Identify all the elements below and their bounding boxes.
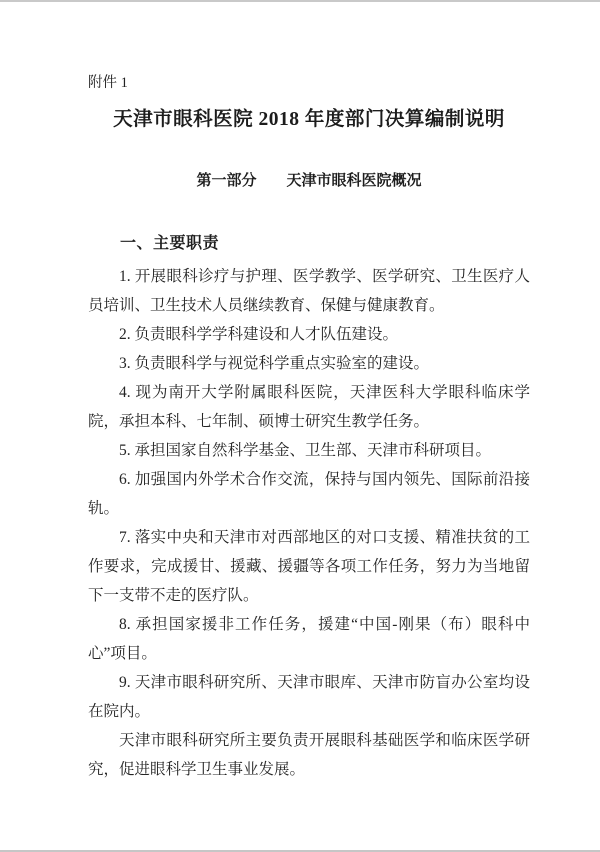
paragraph-7: 7. 落实中央和天津市对西部地区的对口支援、精准扶贫的工作要求，完成援甘、援藏、… bbox=[88, 523, 530, 610]
paragraph-1: 1. 开展眼科诊疗与护理、医学教学、医学研究、卫生医疗人员培训、卫生技术人员继续… bbox=[88, 262, 530, 320]
paragraph-3: 3. 负责眼科学与视觉科学重点实验室的建设。 bbox=[88, 349, 530, 378]
document-page: 附件 1 天津市眼科医院 2018 年度部门决算编制说明 第一部分 天津市眼科医… bbox=[0, 0, 600, 852]
section-heading: 一、主要职责 bbox=[120, 229, 600, 258]
paragraph-5: 5. 承担国家自然科学基金、卫生部、天津市科研项目。 bbox=[88, 436, 530, 465]
paragraph-4: 4. 现为南开大学附属眼科医院，天津医科大学眼科临床学院，承担本科、七年制、硕博… bbox=[88, 378, 530, 436]
part-heading: 第一部分 天津市眼科医院概况 bbox=[88, 170, 530, 192]
paragraph-9: 9. 天津市眼科研究所、天津市眼库、天津市防盲办公室均设在院内。 bbox=[88, 668, 530, 726]
paragraph-2: 2. 负责眼科学学科建设和人才队伍建设。 bbox=[88, 320, 530, 349]
attachment-label: 附件 1 bbox=[88, 74, 600, 92]
paragraph-8: 8. 承担国家援非工作任务，援建“中国-刚果（布）眼科中心”项目。 bbox=[88, 610, 530, 668]
document-title: 天津市眼科医院 2018 年度部门决算编制说明 bbox=[88, 105, 530, 135]
paragraph-10: 天津市眼科研究所主要负责开展眼科基础医学和临床医学研究，促进眼科学卫生事业发展。 bbox=[88, 726, 530, 784]
body-text: 1. 开展眼科诊疗与护理、医学教学、医学研究、卫生医疗人员培训、卫生技术人员继续… bbox=[88, 262, 530, 784]
paragraph-6: 6. 加强国内外学术合作交流，保持与国内领先、国际前沿接轨。 bbox=[88, 465, 530, 523]
